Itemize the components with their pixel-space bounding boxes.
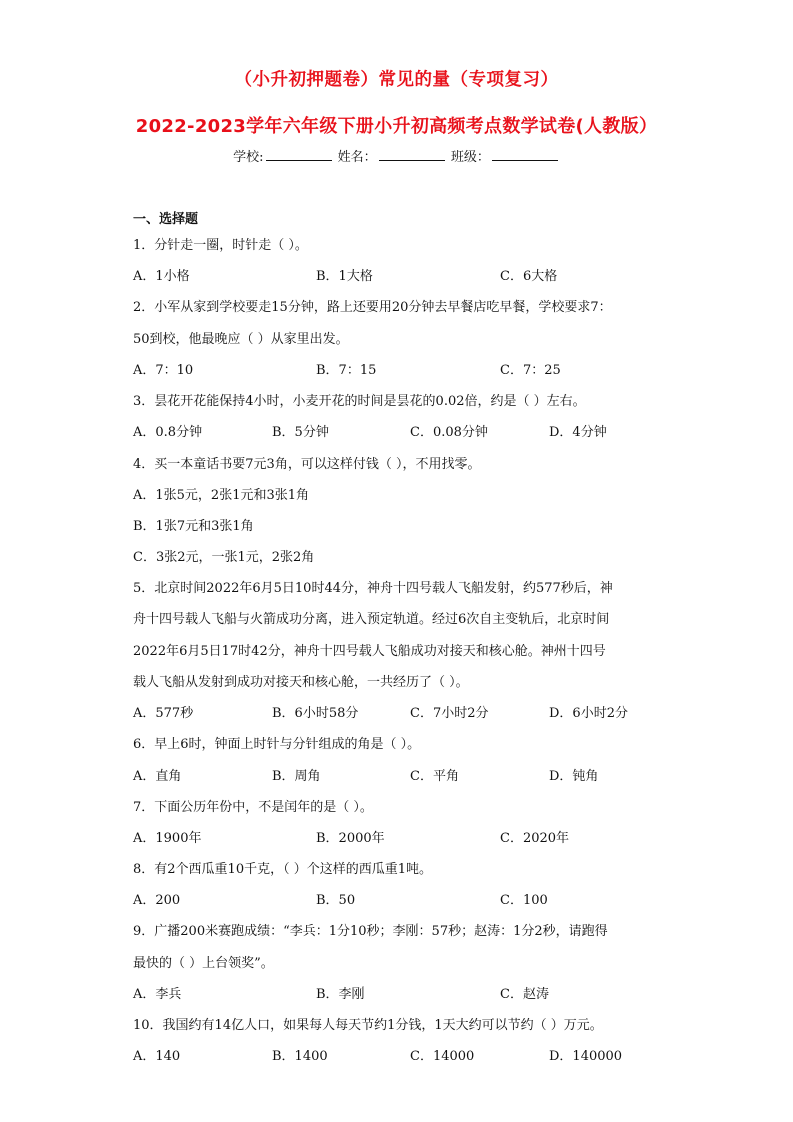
question-8-text: 8．有2个西瓜重10千克，（ ）个这样的西瓜重1吨。: [133, 858, 432, 877]
school-blank[interactable]: [266, 148, 332, 161]
q1-option-a: A．1小格: [133, 265, 190, 284]
q3-option-d: D．4分钟: [549, 421, 607, 440]
question-5-text-4: 载人飞船从发射到成功对接天和核心舱，一共经历了（ ）。: [133, 671, 469, 690]
exam-title-line2: 2022-2023学年六年级下册小升初高频考点数学试卷(人教版）: [0, 112, 793, 138]
student-info-line: 学校: 姓名： 班级：: [0, 146, 793, 165]
q1-option-c: C．6大格: [500, 265, 557, 284]
q3-option-b: B．5分钟: [272, 421, 329, 440]
q2-option-b: B．7：15: [316, 359, 376, 378]
question-6-text: 6．早上6时，钟面上时针与分针组成的角是（ ）。: [133, 733, 420, 752]
q5-option-b: B．6小时58分: [272, 702, 358, 721]
question-1-text: 1．分针走一圈，时针走（ ）。: [133, 234, 308, 253]
class-blank[interactable]: [492, 148, 558, 161]
q5-option-a: A．577秒: [133, 702, 193, 721]
class-label: 班级：: [451, 150, 490, 165]
name-blank[interactable]: [379, 148, 445, 161]
question-5-text-1: 5．北京时间2022年6月5日10时44分，神舟十四号载人飞船发射，约577秒后…: [133, 577, 613, 596]
school-label: 学校:: [233, 150, 263, 165]
question-10-text: 10．我国约有14亿人口，如果每人每天节约1分钱，1天大约可以节约（ ）万元。: [133, 1014, 603, 1033]
q3-option-a: A．0.8分钟: [133, 421, 202, 440]
question-5-text-2: 舟十四号载人飞船与火箭成功分离，进入预定轨道。经过6次自主变轨后，北京时间: [133, 608, 609, 627]
q5-option-c: C．7小时2分: [410, 702, 489, 721]
q8-option-a: A．200: [133, 889, 180, 908]
q6-option-b: B．周角: [272, 765, 321, 784]
q8-option-b: B．50: [316, 889, 355, 908]
q1-option-b: B．1大格: [316, 265, 373, 284]
question-3-text: 3．昙花开花能保持4小时，小麦开花的时间是昙花的0.02倍，约是（ ）左右。: [133, 390, 586, 409]
q4-option-c: C．3张2元，一张1元，2张2角: [133, 546, 314, 565]
q9-option-a: A．李兵: [133, 983, 181, 1002]
q6-option-c: C．平角: [410, 765, 459, 784]
q7-option-a: A．1900年: [133, 827, 201, 846]
question-9-text-1: 9．广播200米赛跑成绩：“李兵：1分10秒；李刚：57秒；赵涛：1分2秒，请跑…: [133, 920, 608, 939]
question-5-text-3: 2022年6月5日17时42分，神舟十四号载人飞船成功对接天和核心舱。神州十四号: [133, 640, 606, 659]
q2-option-a: A．7：10: [133, 359, 193, 378]
question-7-text: 7．下面公历年份中，不是闰年的是（ ）。: [133, 796, 373, 815]
q10-option-c: C．14000: [410, 1045, 474, 1064]
question-9-text-2: 最快的（ ）上台领奖”。: [133, 952, 274, 971]
q6-option-a: A．直角: [133, 765, 181, 784]
q6-option-d: D．钝角: [549, 765, 598, 784]
q9-option-b: B．李刚: [316, 983, 365, 1002]
q5-option-d: D．6小时2分: [549, 702, 628, 721]
q4-option-a: A．1张5元，2张1元和3张1角: [133, 484, 309, 503]
q10-option-b: B．1400: [272, 1045, 328, 1064]
question-2-text-1: 2．小军从家到学校要走15分钟，路上还要用20分钟去早餐店吃早餐，学校要求7：: [133, 296, 612, 315]
name-label: 姓名：: [338, 150, 377, 165]
q9-option-c: C．赵涛: [500, 983, 549, 1002]
question-4-text: 4．买一本童话书要7元3角，可以这样付钱（ ），不用找零。: [133, 453, 480, 472]
q3-option-c: C．0.08分钟: [410, 421, 488, 440]
section-title: 一、选择题: [133, 208, 198, 227]
q4-option-b: B．1张7元和3张1角: [133, 515, 254, 534]
q7-option-c: C．2020年: [500, 827, 569, 846]
q10-option-a: A．140: [133, 1045, 180, 1064]
q8-option-c: C．100: [500, 889, 548, 908]
q2-option-c: C．7：25: [500, 359, 561, 378]
question-2-text-2: 50到校，他最晚应（ ）从家里出发。: [133, 328, 349, 347]
exam-title-line1: （小升初押题卷）常见的量（专项复习）: [0, 66, 793, 91]
q10-option-d: D．140000: [549, 1045, 622, 1064]
q7-option-b: B．2000年: [316, 827, 385, 846]
